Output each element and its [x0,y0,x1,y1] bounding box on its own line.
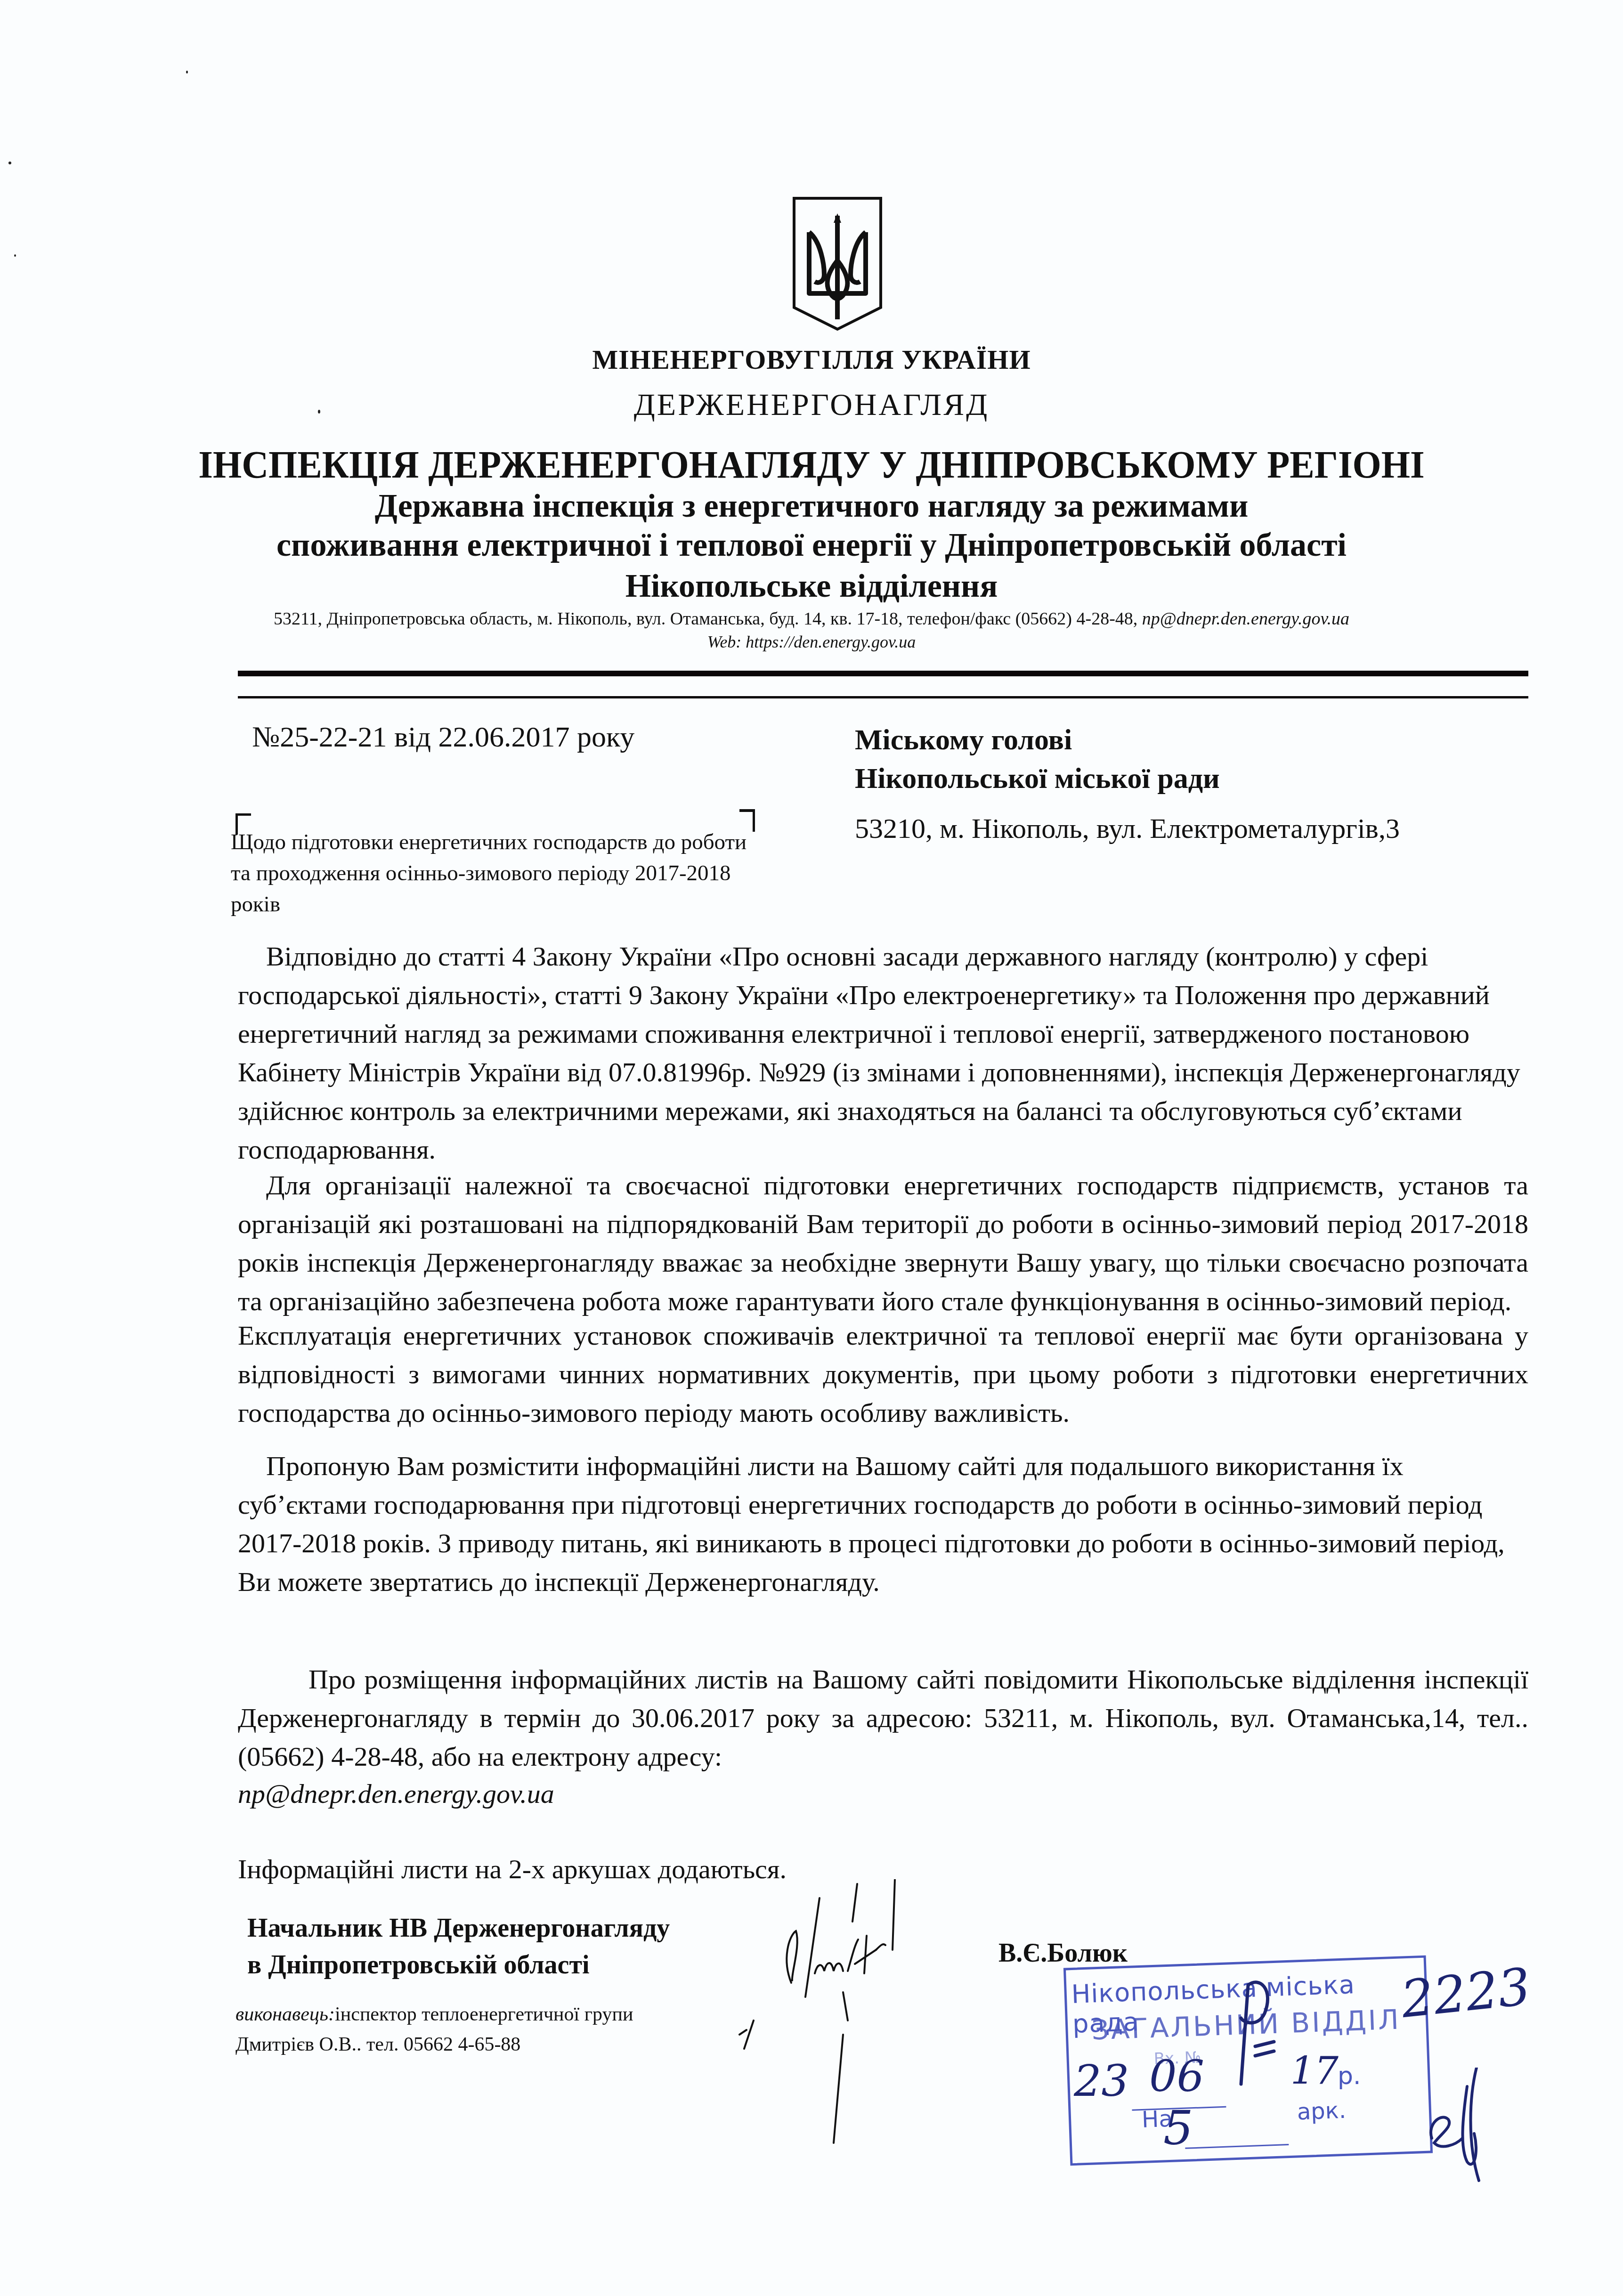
body-paragraph-2: Для організації належної та своєчасної п… [238,1166,1528,1321]
state-inspection-line2: споживання електричної і теплової енергі… [0,527,1623,564]
signatory-title-line1: Начальник НВ Держенергонагляду [247,1910,670,1947]
executor-block: виконавець:інспектор теплоенергетичної г… [235,1999,633,2060]
handwritten-registration-mark-icon [1222,1976,1279,2089]
stamp-month: 06 [1149,2051,1204,2101]
handwritten-initials-icon [1422,2068,1517,2185]
body-paragraph-5: Про розміщення інформаційних листів на В… [238,1660,1528,1776]
addressee-line2: Нікопольської міської ради [855,759,1220,798]
header-divider-thin [238,696,1528,698]
stamp-pages: 5 [1163,2101,1193,2156]
body-paragraph-4: Пропоную Вам розмістити інформаційні лис… [238,1447,1528,1601]
signatory-name: В.Є.Болюк [998,1938,1128,1968]
executor-contact: Дмитрієв О.В.. тел. 05662 4-65-88 [235,2029,633,2060]
agency-name: ДЕРЖЕНЕРГОНАГЛЯД [0,387,1623,423]
addressee-address: 53210, м. Нікополь, вул. Електрометалург… [855,812,1400,845]
stamp-year-suffix: р. [1338,2062,1361,2090]
ministry-name: МІНЕНЕРГОВУГІЛЛЯ УКРАЇНИ [0,344,1623,375]
header-divider-thick [238,671,1528,676]
state-inspection-line1: Державна інспекція з енергетичного нагля… [0,487,1623,525]
branch-name: Нікопольське відділення [0,568,1623,605]
scan-speck [8,162,11,164]
executor-role: інспектор теплоенергетичної групи [335,2004,633,2025]
signatory-title: Начальник НВ Держенергонагляду в Дніпроп… [247,1910,670,1983]
sender-email-link[interactable]: np@dnepr.den.energy.gov.ua [1142,609,1349,629]
stamp-year: 17 [1290,2049,1339,2093]
outgoing-reference: №25-22-21 від 22.06.2017 року [252,721,634,754]
body-paragraph-1: Відповідно до статті 4 Закону України «П… [238,937,1528,1169]
handwritten-signature-icon [735,1879,980,2162]
reply-email-link[interactable]: np@dnepr.den.energy.gov.ua [238,1775,1528,1813]
sender-address: 53211, Дніпропетровська область, м. Ніко… [0,608,1623,629]
addressee-block: Міському голові Нікопольської міської ра… [855,721,1220,798]
coat-of-arms-icon [790,195,885,331]
inspection-name: ІНСПЕКЦІЯ ДЕРЖЕНЕРГОНАГЛЯДУ У ДНІПРОВСЬК… [32,443,1591,487]
executor-label: виконавець: [235,2004,335,2025]
body-paragraph-3: Експлуатація енергетичних установок спож… [238,1316,1528,1432]
sender-address-text: 53211, Дніпропетровська область, м. Ніко… [274,609,1142,629]
scan-speck [14,254,16,257]
letter-subject: Щодо підготовки енергетичних господарств… [231,827,763,920]
addressee-line1: Міському голові [855,721,1220,759]
signatory-title-line2: в Дніпропетровській області [247,1947,670,1983]
attachment-note: Інформаційні листи на 2-х аркушах додают… [238,1853,787,1885]
sender-web-link[interactable]: Web: https://den.energy.gov.ua [0,632,1623,652]
stamp-pages-suffix: арк. [1297,2097,1347,2126]
stamp-pages-underline [1185,2144,1289,2149]
scan-speck [186,71,188,73]
stamp-day: 23 [1074,2056,1129,2106]
